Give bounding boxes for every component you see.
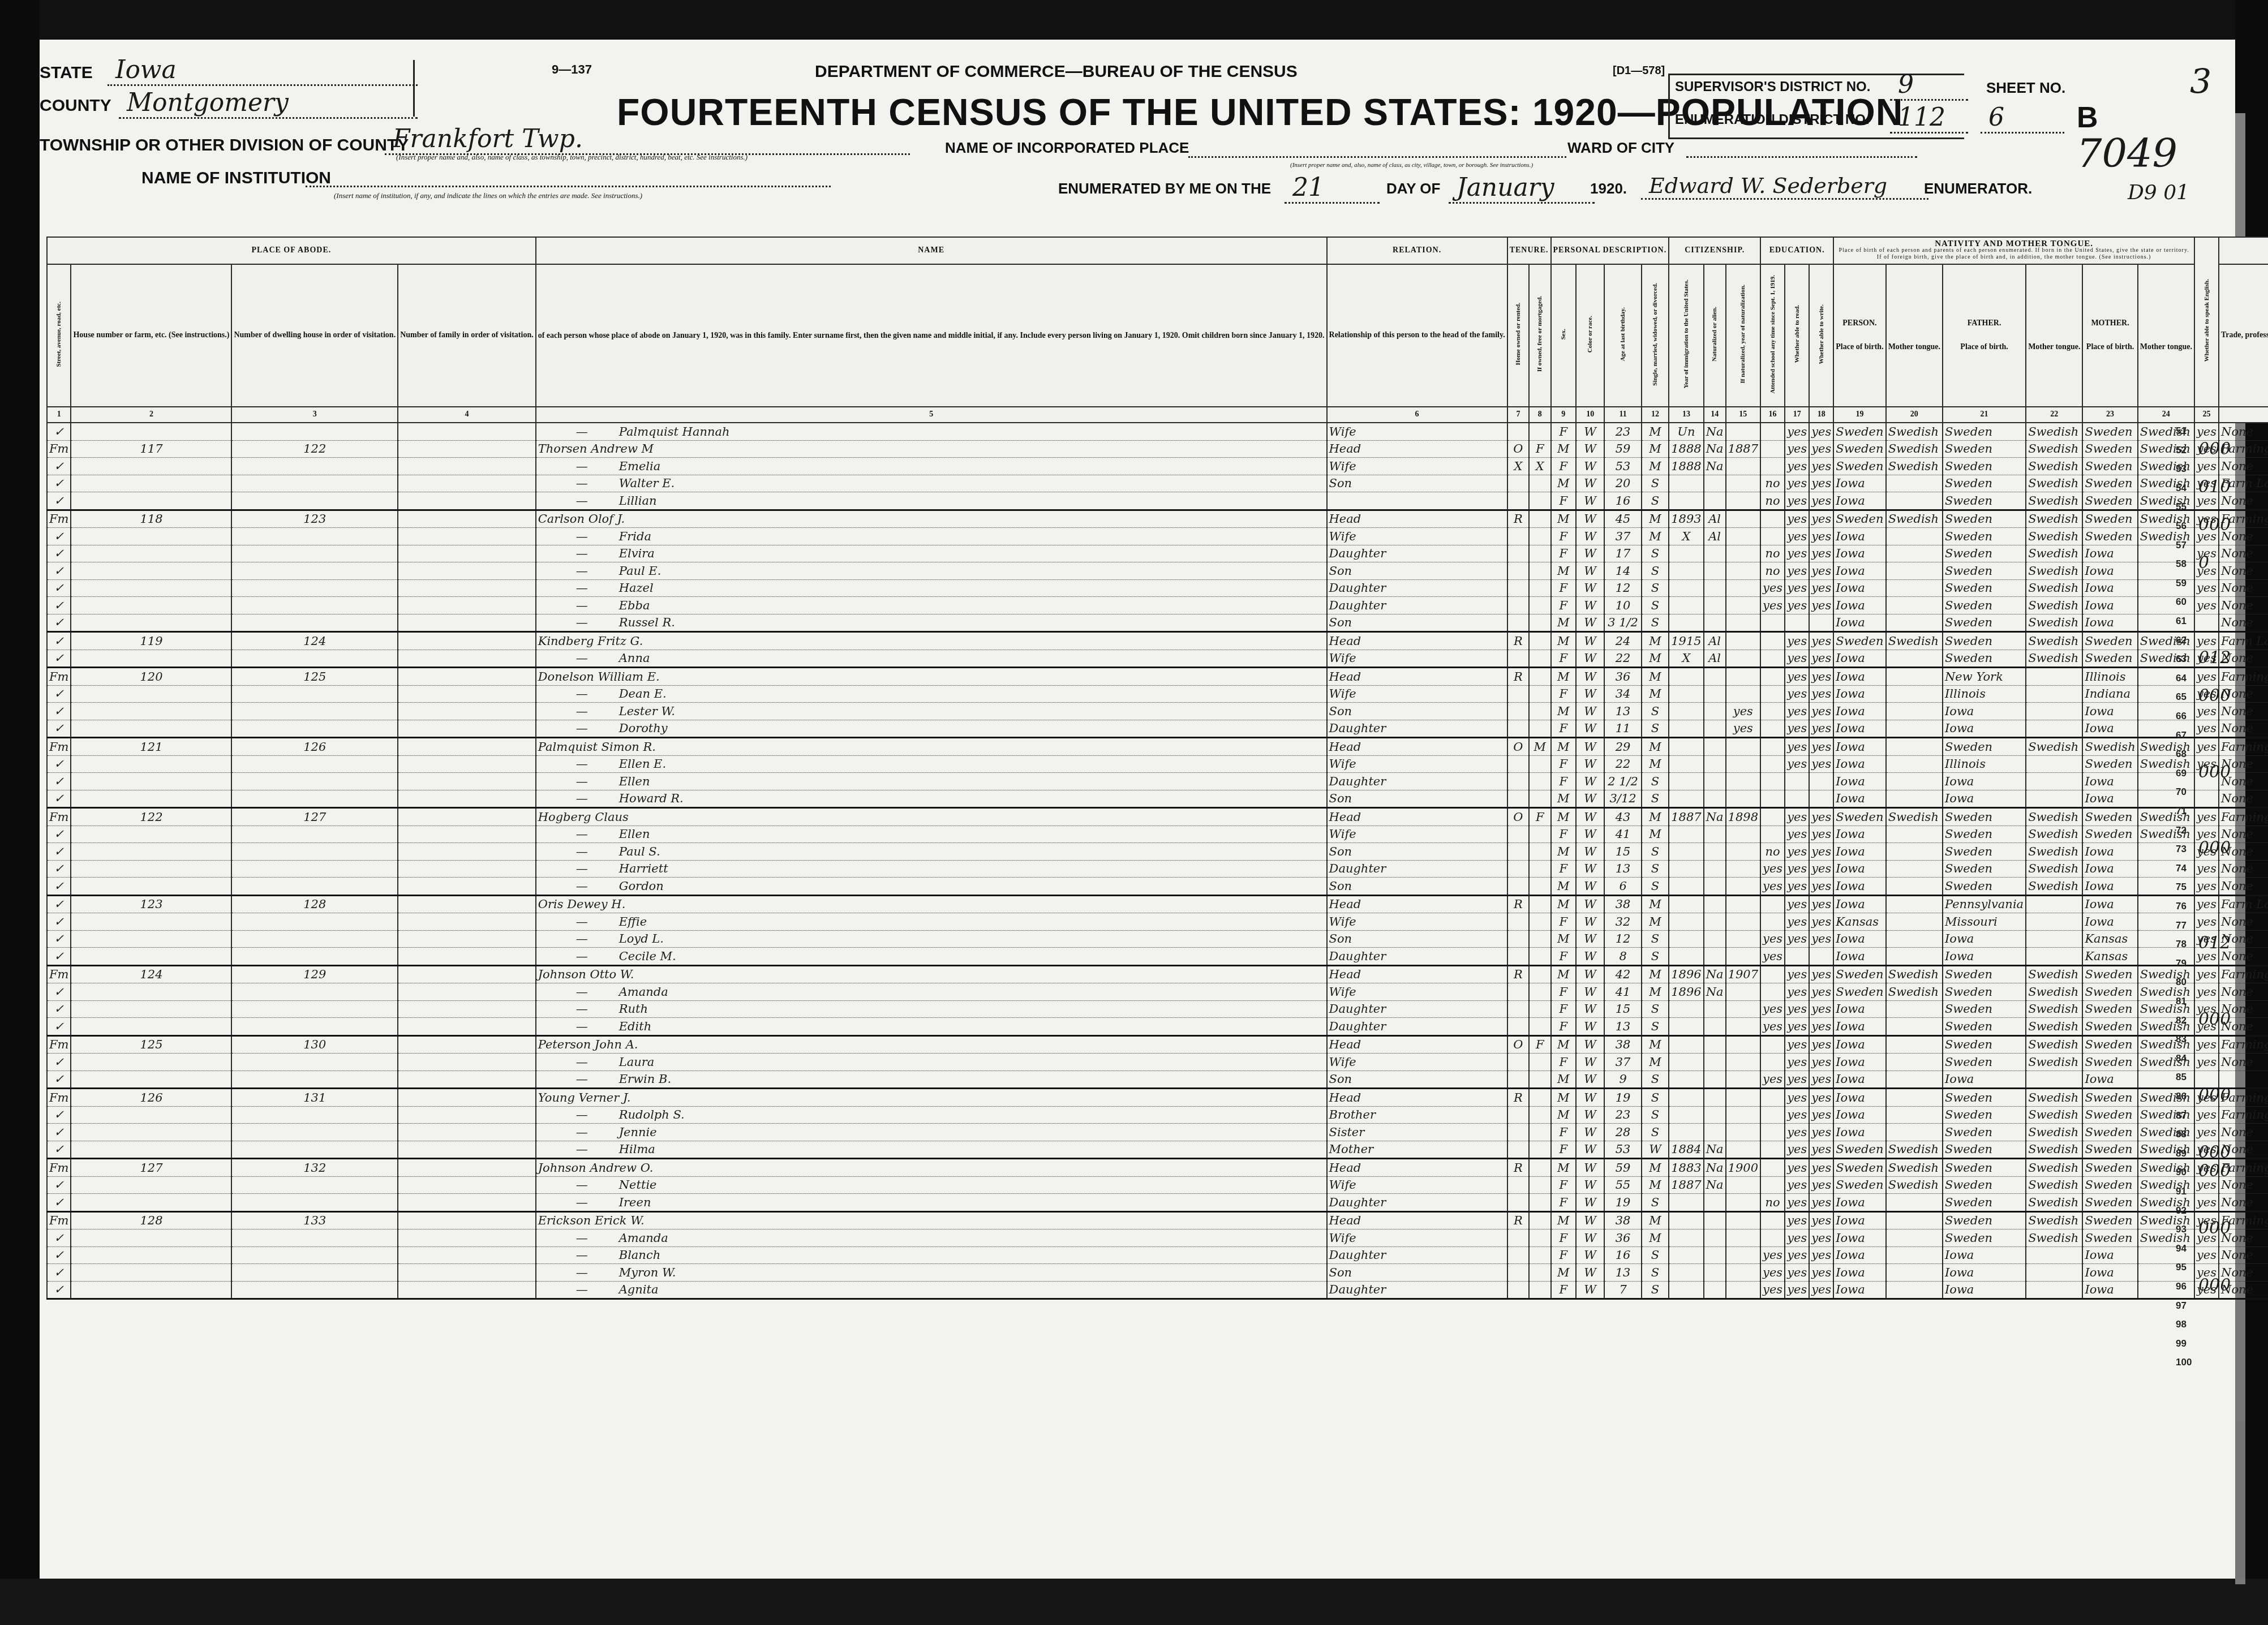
cell-name: —Myron W. [536,1264,1327,1282]
cell-free [1529,1264,1550,1282]
line-number: 52 [2176,445,2187,456]
cell-write: yes [1809,685,1833,703]
cell-street: ✓ [47,1281,71,1299]
cell-name: Young Verner J. [536,1089,1327,1107]
cell-nat [1704,685,1726,703]
cell-mpob: Iowa [2082,545,2137,562]
cell-fpob: Sweden [1943,440,2026,458]
cell-sex: F [1551,650,1576,668]
cell-read [1785,614,1809,632]
cell-street: Fm [47,668,71,686]
cell-fpob: Sweden [1943,1089,2026,1107]
cell-school [1760,1159,1785,1177]
cell-house [71,650,231,668]
cell-trade: Farming [2219,965,2268,983]
cell-name: Carlson Olof J. [536,510,1327,528]
cell-read: yes [1785,913,1809,931]
cell-relation: Head [1327,632,1507,650]
cell-mpob: Sweden [2082,808,2137,826]
cell-tongue [1886,475,1943,492]
census-row: ✓—HilmaMotherFW53W1884NayesyesSwedenSwed… [47,1141,2268,1159]
cell-race: W [1576,475,1605,492]
cell-pob: Iowa [1833,668,1885,686]
ditto-dash: — [576,651,596,665]
cell-write: yes [1809,668,1833,686]
cell-house [71,597,231,614]
cell-street: ✓ [47,545,71,562]
cell-house [71,755,231,773]
ditto-dash: — [576,985,596,999]
cell-tongue [1886,579,1943,597]
cell-fpob: Sweden [1943,1176,2026,1194]
cell-natyr [1726,528,1760,545]
cell-fpob: Iowa [1943,1071,2026,1089]
cell-mpob: Sweden [2082,1089,2137,1107]
cell-mpob: Iowa [2082,843,2137,861]
cell-house [71,773,231,790]
cell-sex: F [1551,1018,1576,1036]
census-row: ✓—LillianFW16SnoyesyesIowaSwedenSwedishS… [47,492,2268,510]
cell-tongue [1886,1089,1943,1107]
cell-write: yes [1809,843,1833,861]
cell-fpob: Iowa [1943,1246,2026,1264]
cell-family [398,1106,536,1124]
cell-read: yes [1785,895,1809,913]
cell-age: 16 [1604,1246,1641,1264]
cell-relation: Daughter [1327,545,1507,562]
cell-trade: None [2219,1124,2268,1141]
institution-label: NAME OF INSTITUTION [141,169,331,188]
col-10-header: Color or race. [1576,264,1605,407]
census-row: ✓—AmandaWifeFW41M1896NayesyesSwedenSwedi… [47,983,2268,1001]
cell-write: yes [1809,492,1833,510]
cell-fpob: Sweden [1943,458,2026,475]
cell-fpob: Illinois [1943,755,2026,773]
cell-pob: Iowa [1833,1089,1885,1107]
cell-street: ✓ [47,1246,71,1264]
cell-mpob: Sweden [2082,492,2137,510]
cell-trade: None [2219,597,2268,614]
cell-fpob: Pennsylvania [1943,895,2026,913]
cell-write: yes [1809,562,1833,580]
cell-street: ✓ [47,1071,71,1089]
cell-ftongue: Swedish [2026,1018,2082,1036]
cell-age: 59 [1604,1159,1641,1177]
column-number-row: 1234567891011121314151617181920212223242… [47,407,2268,423]
census-row: ✓—Ellen E.WifeFW22MyesyesIowaIllinoisSwe… [47,755,2268,773]
cell-marital: S [1642,1106,1669,1124]
cell-pob: Iowa [1833,579,1885,597]
cell-dwelling [231,650,398,668]
cell-trade: None [2219,579,2268,597]
cell-sex: M [1551,475,1576,492]
cell-write: yes [1809,826,1833,843]
cell-family [398,440,536,458]
cell-race: W [1576,528,1605,545]
line-number: 58 [2176,558,2187,570]
cell-relation: Daughter [1327,579,1507,597]
cell-english: yes [2194,1106,2219,1124]
cell-fpob: Sweden [1943,475,2026,492]
line-number: 70 [2176,786,2187,798]
cell-write [1809,948,1833,966]
cell-immig [1669,930,1703,948]
cell-immig [1669,1124,1703,1141]
cell-fpob: Iowa [1943,1281,2026,1299]
cell-write: yes [1809,440,1833,458]
cell-free [1529,930,1550,948]
cell-nat [1704,826,1726,843]
column-number: 14 [1704,407,1726,423]
ditto-dash: — [576,530,596,543]
cell-family [398,1281,536,1299]
cell-school [1760,895,1785,913]
cell-write: yes [1809,1089,1833,1107]
cell-name: —Ebba [536,597,1327,614]
cell-fpob: Sweden [1943,860,2026,878]
cell-read: yes [1785,1124,1809,1141]
census-row: ✓—EllenDaughterFW2 1/2SIowaIowaIowaNone [47,773,2268,790]
cell-name: —Walter E. [536,475,1327,492]
cell-pob: Sweden [1833,1176,1885,1194]
enumerated-label: ENUMERATED BY ME ON THE [1058,180,1271,197]
column-number: 22 [2026,407,2082,423]
cell-dwelling: 130 [231,1035,398,1054]
cell-marital: M [1642,1176,1669,1194]
header-label-row: Street, avenue, road, etc. House number … [47,264,2268,407]
cell-immig: 1887 [1669,808,1703,826]
cell-dwelling: 133 [231,1211,398,1230]
census-row: ✓—Walter E.SonMW20SnoyesyesIowaSwedenSwe… [47,475,2268,492]
cell-street: ✓ [47,579,71,597]
cell-marital: M [1642,826,1669,843]
cell-street: ✓ [47,1176,71,1194]
cell-race: W [1576,860,1605,878]
cell-street: ✓ [47,860,71,878]
line-number: 89 [2176,1148,2187,1159]
cell-pob: Iowa [1833,703,1885,720]
line-number: 75 [2176,882,2187,893]
cell-family [398,1264,536,1282]
cell-marital: M [1642,808,1669,826]
cell-sex: F [1551,1281,1576,1299]
person-name: Ebba [619,599,650,612]
cell-name: —Hilma [536,1141,1327,1159]
cell-marital: W [1642,1141,1669,1159]
cell-house [71,1018,231,1036]
cell-marital: S [1642,860,1669,878]
person-name: Ireen [619,1196,651,1209]
cell-nat: Na [1704,440,1726,458]
cell-ftongue: Swedish [2026,1211,2082,1230]
coding-mark: 010 [2198,477,2231,497]
cell-nat [1704,773,1726,790]
cell-age: 2 1/2 [1604,773,1641,790]
cell-read: yes [1785,1159,1809,1177]
cell-owned [1507,1281,1529,1299]
cell-name: Oris Dewey H. [536,895,1327,913]
form-code: [D1—578] [1613,65,1665,78]
cell-relation: Daughter [1327,1000,1507,1018]
cell-nat: Al [1704,510,1726,528]
ditto-dash: — [576,547,596,560]
cell-natyr [1726,1176,1760,1194]
cell-school: no [1760,843,1785,861]
cell-marital: S [1642,703,1669,720]
cell-age: 13 [1604,703,1641,720]
cell-ftongue: Swedish [2026,510,2082,528]
cell-owned [1507,597,1529,614]
cell-read: yes [1785,878,1809,896]
cell-natyr [1726,632,1760,650]
institution-note: (Insert name of institution, if any, and… [334,191,642,200]
cell-relation: Daughter [1327,773,1507,790]
cell-school: yes [1760,1018,1785,1036]
cell-house [71,492,231,510]
cell-relation: Daughter [1327,948,1507,966]
cell-house: 128 [71,1211,231,1230]
census-row: Fm121126Palmquist Simon R.HeadOMMW29Myes… [47,738,2268,756]
census-row: Fm118123Carlson Olof J.HeadRMW45M1893Aly… [47,510,2268,528]
cell-age: 32 [1604,913,1641,931]
cell-sex: F [1551,1054,1576,1071]
cell-dwelling [231,878,398,896]
enumerated-month: January [1449,173,1595,204]
cell-house [71,1054,231,1071]
cell-sex: F [1551,1000,1576,1018]
cell-sex: M [1551,614,1576,632]
cell-street: ✓ [47,685,71,703]
sheet-side: B [2077,101,2098,135]
cell-street: Fm [47,1035,71,1054]
cell-read: yes [1785,826,1809,843]
cell-sex: F [1551,1141,1576,1159]
coding-mark: 000 [2198,1142,2231,1162]
cell-owned [1507,545,1529,562]
cell-marital: S [1642,492,1669,510]
cell-free [1529,773,1550,790]
cell-english: yes [2194,1124,2219,1141]
cell-natyr [1726,492,1760,510]
cell-family [398,738,536,756]
cell-family [398,1176,536,1194]
cell-free [1529,1071,1550,1089]
census-row: ✓—BlanchDaughterFW16SyesyesyesIowaIowaIo… [47,1246,2268,1264]
cell-read: yes [1785,650,1809,668]
cell-race: W [1576,843,1605,861]
cell-race: W [1576,790,1605,808]
coding-mark: 000 [2198,762,2231,782]
cell-immig [1669,895,1703,913]
cell-family [398,878,536,896]
cell-family [398,1000,536,1018]
cell-school [1760,1176,1785,1194]
cell-school [1760,668,1785,686]
cell-marital: S [1642,475,1669,492]
col-16-header: Attended school any time since Sept. 1, … [1760,264,1785,407]
cell-dwelling [231,948,398,966]
cell-nat [1704,790,1726,808]
cell-tongue [1886,562,1943,580]
cell-relation: Wife [1327,528,1507,545]
cell-owned [1507,1264,1529,1282]
cell-owned: R [1507,510,1529,528]
state-value: Iowa [108,55,418,86]
cell-relation: Wife [1327,826,1507,843]
census-row: ✓—Lester W.SonMW13SyesyesyesIowaIowaIowa… [47,703,2268,720]
cell-english: yes [2194,808,2219,826]
col-15-header: If naturalized, year of naturalization. [1726,264,1760,407]
cell-race: W [1576,1035,1605,1054]
cell-write: yes [1809,1106,1833,1124]
coding-mark: 000 [2198,1161,2231,1181]
cell-free: F [1529,808,1550,826]
cell-house [71,703,231,720]
census-row: ✓123128Oris Dewey H.HeadRMW38MyesyesIowa… [47,895,2268,913]
cell-family [398,948,536,966]
cell-marital: S [1642,1246,1669,1264]
cell-age: 23 [1604,1106,1641,1124]
cell-dwelling [231,1106,398,1124]
cell-owned [1507,860,1529,878]
cell-free [1529,1000,1550,1018]
cell-natyr [1726,423,1760,440]
bracket [407,60,415,117]
cell-school [1760,614,1785,632]
cell-street: Fm [47,1159,71,1177]
cell-name: —Loyd L. [536,930,1327,948]
cell-english: yes [2194,738,2219,756]
cell-dwelling [231,826,398,843]
cell-fpob: Missouri [1943,913,2026,931]
cell-name: —Palmquist Hannah [536,423,1327,440]
cell-ftongue: Swedish [2026,650,2082,668]
census-row: ✓—Palmquist HannahWifeFW23MUnNayesyesSwe… [47,423,2268,440]
cell-read: yes [1785,965,1809,983]
cell-relation [1327,492,1507,510]
person-name: Paul E. [619,564,661,578]
cell-age: 34 [1604,685,1641,703]
cell-house [71,1071,231,1089]
cell-write: yes [1809,510,1833,528]
ward-label: WARD OF CITY [1567,139,1674,157]
cell-nat [1704,948,1726,966]
cell-dwelling [231,1230,398,1247]
cell-school: no [1760,492,1785,510]
cell-school: yes [1760,1246,1785,1264]
cell-natyr [1726,458,1760,475]
cell-free [1529,632,1550,650]
census-row: ✓119124Kindberg Fritz G.HeadRMW24M1915Al… [47,632,2268,650]
cell-natyr [1726,1089,1760,1107]
cell-nat [1704,878,1726,896]
census-row: Fm122127Hogberg ClausHeadOFMW43M1887Na18… [47,808,2268,826]
column-number: 8 [1529,407,1550,423]
cell-natyr [1726,826,1760,843]
cell-dwelling [231,685,398,703]
cell-write: yes [1809,528,1833,545]
cell-free [1529,579,1550,597]
cell-marital: M [1642,755,1669,773]
cell-nat: Al [1704,528,1726,545]
cell-immig [1669,720,1703,738]
cell-write: yes [1809,1211,1833,1230]
cell-relation: Wife [1327,755,1507,773]
cell-owned [1507,685,1529,703]
cell-natyr [1726,1211,1760,1230]
cell-write: yes [1809,720,1833,738]
cell-owned [1507,423,1529,440]
cell-age: 15 [1604,1000,1641,1018]
cell-fpob: Sweden [1943,1018,2026,1036]
line-number: 64 [2176,673,2187,684]
cell-marital: S [1642,545,1669,562]
cell-name: —Russel R. [536,614,1327,632]
cell-owned: R [1507,895,1529,913]
cell-dwelling [231,843,398,861]
cell-sex: F [1551,1176,1576,1194]
cell-name: —Hazel [536,579,1327,597]
cell-relation: Daughter [1327,1246,1507,1264]
cell-dwelling [231,1264,398,1282]
cell-fpob: Sweden [1943,808,2026,826]
line-number: 63 [2176,654,2187,665]
cell-ftongue: Swedish [2026,475,2082,492]
col-14-header: Naturalized or alien. [1704,264,1726,407]
cell-race: W [1576,1176,1605,1194]
county-value: Montgomery [119,88,418,119]
cell-sex: F [1551,579,1576,597]
cell-natyr [1726,1246,1760,1264]
cell-owned [1507,930,1529,948]
cell-pob: Sweden [1833,808,1885,826]
cell-read: yes [1785,1211,1809,1230]
cell-tongue [1886,614,1943,632]
sheet-number-value: 6 [1981,103,2064,134]
cell-race: W [1576,562,1605,580]
cell-nat [1704,913,1726,931]
cell-english: yes [2194,579,2219,597]
column-number: 4 [398,407,536,423]
census-row: ✓—ElviraDaughterFW17SnoyesyesIowaSwedenS… [47,545,2268,562]
cell-house [71,528,231,545]
census-row: Fm126131Young Verner J.HeadRMW19SyesyesI… [47,1089,2268,1107]
cell-age: 22 [1604,755,1641,773]
county-label: COUNTY [40,96,111,115]
column-number: 21 [1943,407,2026,423]
cell-owned [1507,1141,1529,1159]
cell-natyr [1726,1054,1760,1071]
cell-read: yes [1785,983,1809,1001]
cell-natyr [1726,650,1760,668]
cell-name: —Rudolph S. [536,1106,1327,1124]
cell-family [398,458,536,475]
person-name: Hilma [619,1142,655,1156]
cell-school [1760,808,1785,826]
cell-school: yes [1760,1071,1785,1089]
cell-nat: Na [1704,1176,1726,1194]
cell-tongue: Swedish [1886,510,1943,528]
cell-natyr [1726,983,1760,1001]
line-number: 67 [2176,730,2187,741]
cell-mpob: Sweden [2082,475,2137,492]
cell-age: 14 [1604,562,1641,580]
cell-relation: Daughter [1327,597,1507,614]
cell-name: —Gordon [536,878,1327,896]
cell-pob: Iowa [1833,1230,1885,1247]
cell-family [398,1018,536,1036]
cell-school [1760,826,1785,843]
